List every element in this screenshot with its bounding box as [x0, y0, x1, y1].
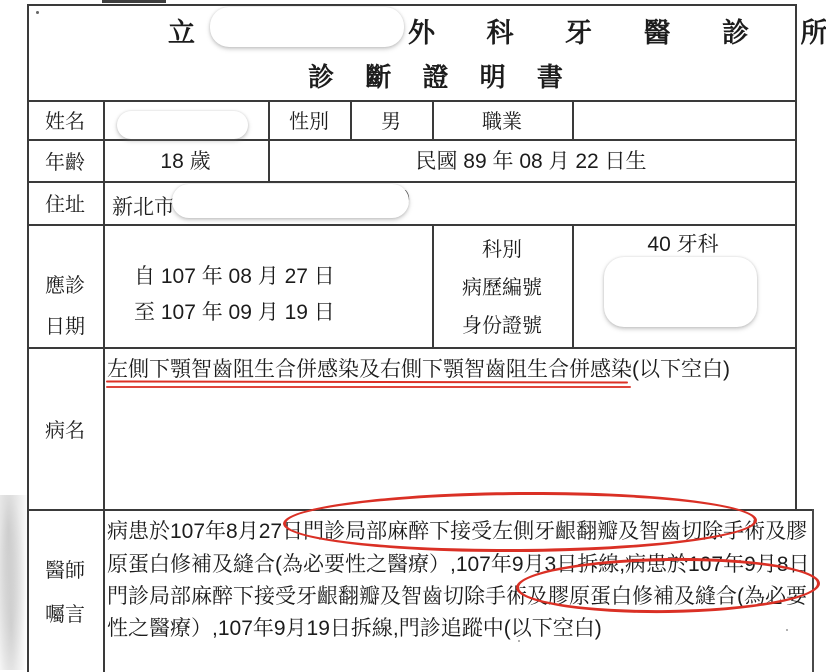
scan-speck: [36, 11, 39, 14]
dept-label-text: 科別: [482, 233, 522, 262]
table-border-right: [795, 4, 797, 510]
diagnosis-label: 病名: [27, 347, 103, 509]
age-label-text: 年齡: [45, 146, 85, 175]
redaction-patient-name: [117, 111, 248, 139]
visit-from-value: 自 107 年 08 月 27 日: [134, 260, 335, 290]
scan-speck: [786, 629, 788, 631]
age-label: 年齡: [27, 139, 103, 181]
gender-value: 男: [350, 100, 432, 139]
scan-artifact-top-line: [102, 0, 166, 3]
scanned-medical-certificate: 立 外 科 牙 醫 診 所 診 斷 證 明 書 姓名 性別 男 職業 年齡 18…: [0, 0, 826, 672]
record-no-label-text: 病歷編號: [462, 271, 542, 300]
gender-value-text: 男: [381, 105, 401, 134]
birth-date-value: 民國 89 年 08 月 22 日生: [268, 139, 794, 181]
age-value-text: 18 歲: [160, 145, 210, 175]
redaction-clinic-name: [210, 7, 404, 47]
occupation-value: [572, 100, 794, 139]
gender-label: 性別: [268, 100, 350, 139]
visit-date-label: 應診 日期: [27, 224, 103, 347]
occupation-label: 職業: [432, 100, 572, 139]
visit-label-line1: 應診: [45, 269, 85, 298]
table-border-top: [27, 4, 797, 6]
occupation-label-text: 職業: [482, 105, 522, 134]
doctor-note-label-line1: 醫師: [45, 554, 85, 583]
label-column-divider: [103, 100, 105, 672]
doctor-note-line-4: 性之醫療）,107年9月19日拆線,門診追蹤中(以下空白): [107, 612, 602, 642]
gender-label-text: 性別: [289, 105, 329, 134]
id-no-label-text: 身份證號: [462, 309, 542, 338]
diagnosis-label-text: 病名: [45, 414, 85, 443]
scan-noise-left-margin: [0, 495, 28, 670]
redaction-record-id: [604, 257, 757, 327]
address-label: 住址: [27, 181, 103, 224]
red-underline-top: [106, 380, 628, 383]
address-label-text: 住址: [45, 188, 85, 217]
age-value: 18 歲: [103, 139, 268, 181]
birth-date-text: 民國 89 年 08 月 22 日生: [415, 145, 646, 175]
row-divider-4: [27, 347, 797, 349]
red-underline-bottom: [106, 386, 631, 388]
visit-to-value: 至 107 年 09 月 19 日: [134, 296, 335, 326]
name-label-text: 姓名: [45, 105, 85, 134]
address-city-value: 新北市: [112, 191, 175, 221]
clinic-name-suffix: 外 科 牙 醫 診 所: [408, 11, 826, 50]
diagnosis-value: 左側下顎智齒阻生合併感染及右側下顎智齒阻生合併感染(以下空白): [107, 353, 730, 383]
row-divider-2: [27, 181, 797, 183]
dept-value: 40 牙科: [572, 226, 794, 260]
doctor-note-label-line2: 囑言: [45, 598, 85, 627]
dept-value-text: 40 牙科: [647, 228, 718, 258]
name-label: 姓名: [27, 100, 103, 139]
doctor-note-label: 醫師 囑言: [27, 509, 103, 672]
dept-record-id-labels: 科別 病歷編號 身份證號: [432, 224, 572, 347]
redaction-address: [172, 184, 409, 218]
document-title: 診 斷 證 明 書: [308, 57, 575, 94]
visit-label-line2: 日期: [45, 310, 85, 339]
